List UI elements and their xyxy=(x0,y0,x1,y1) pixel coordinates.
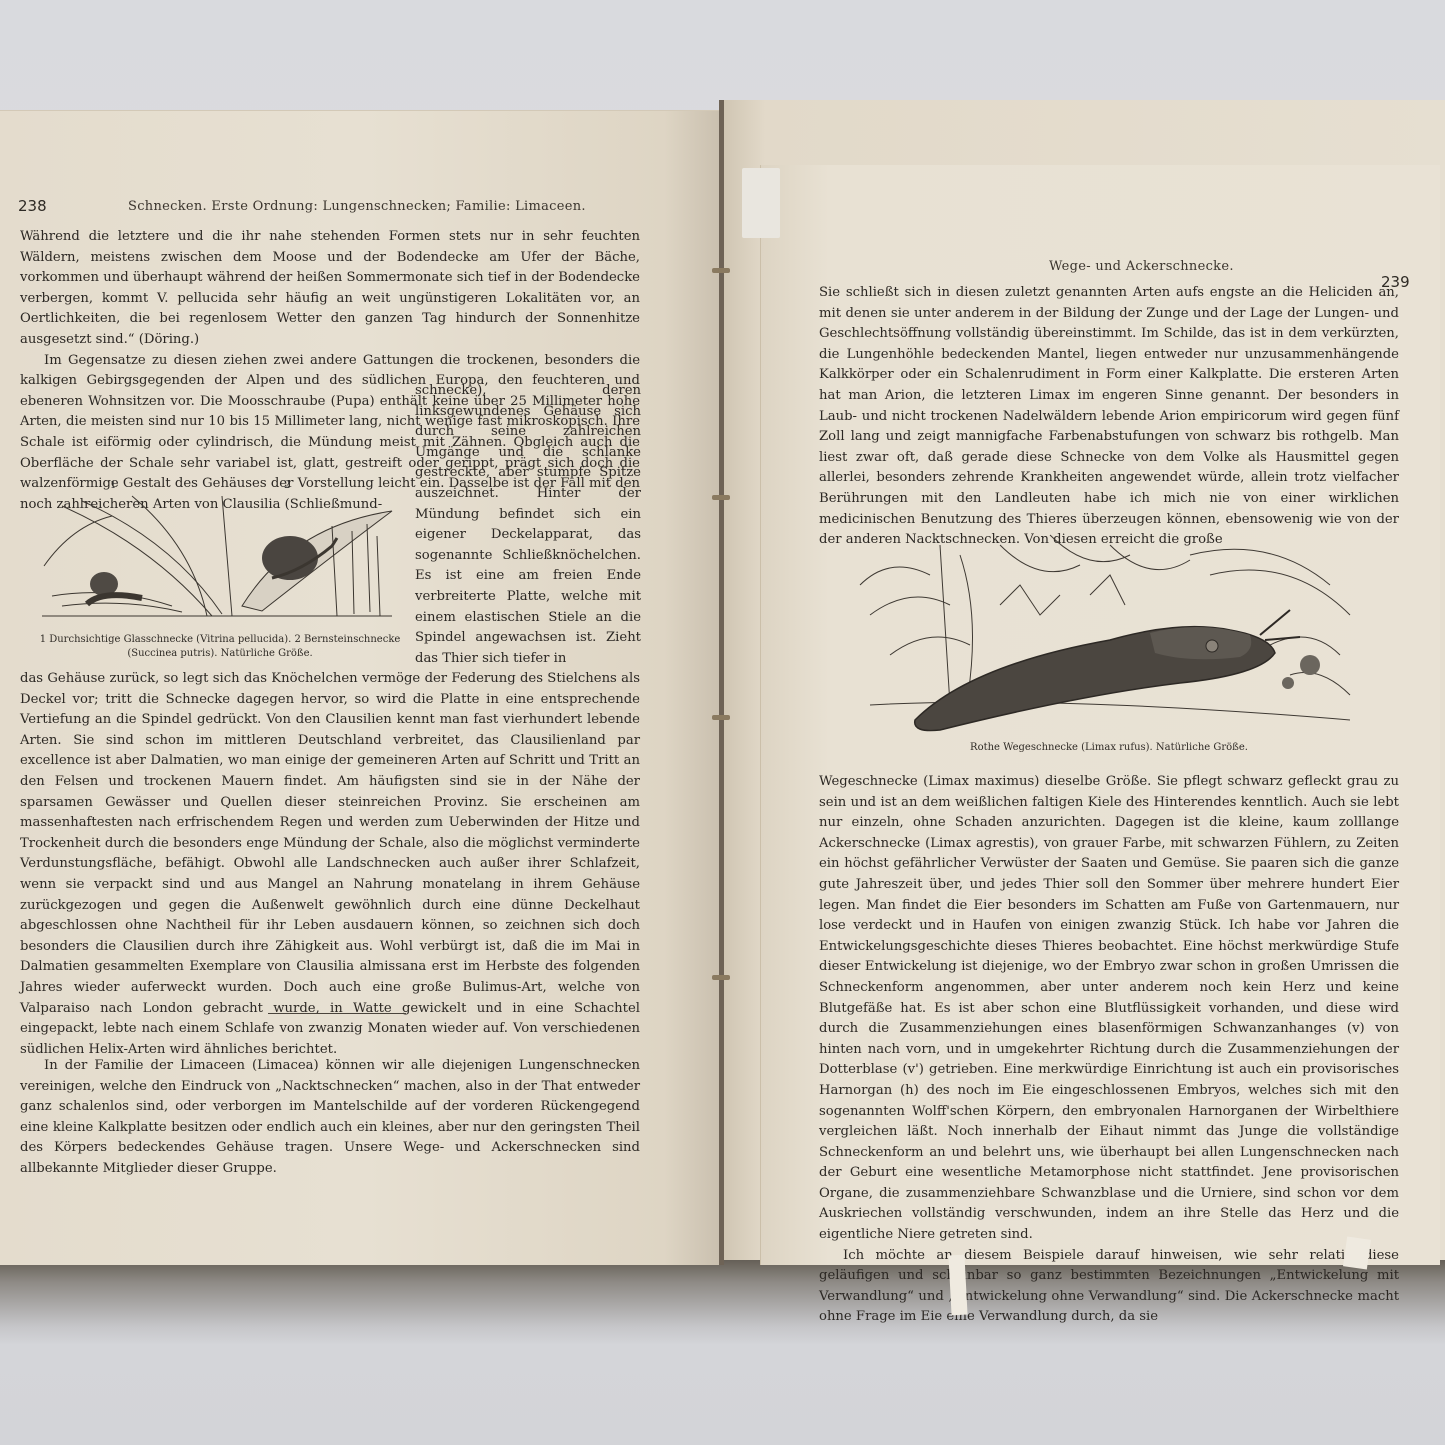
right-figure-caption: Rothe Wegeschnecke (Limax rufus). Natürl… xyxy=(819,741,1399,755)
left-paragraph-3: In der Familie der Limaceen (Limacea) kö… xyxy=(20,1056,640,1180)
torn-paper-patch xyxy=(742,168,780,238)
caption-line-1: 1 Durchsichtige Glasschnecke (Vitrina pe… xyxy=(30,633,410,647)
left-figure-caption: 1 Durchsichtige Glasschnecke (Vitrina pe… xyxy=(30,633,410,661)
binding-stitch xyxy=(712,975,730,980)
page-number-left: 238 xyxy=(18,197,47,215)
right-paragraph-3: Ich möchte an diesem Beispiele darauf hi… xyxy=(819,1246,1399,1328)
binding-stitch xyxy=(712,715,730,720)
section-divider xyxy=(268,1013,406,1014)
left-text-bottom: In der Familie der Limaceen (Limacea) kö… xyxy=(20,1056,640,1180)
figure-label-2: 2 xyxy=(284,480,290,491)
running-head-right: Wege- und Ackerschnecke. xyxy=(1049,259,1234,274)
book-spine xyxy=(719,100,724,1265)
caption-line-2: (Succinea putris). Natürliche Größe. xyxy=(30,647,410,661)
slug-illustration xyxy=(850,525,1360,735)
left-paragraph-2-cont: das Gehäuse zurück, so legt sich das Knö… xyxy=(20,669,640,1060)
left-page: 238 Schnecken. Erste Ordnung: Lungenschn… xyxy=(0,110,722,1265)
snail-illustration: 1 2 xyxy=(32,486,402,626)
right-text-bottom: Wegeschnecke (Limax maximus) dieselbe Gr… xyxy=(819,772,1399,1328)
right-paragraph-2: Wegeschnecke (Limax maximus) dieselbe Gr… xyxy=(819,772,1399,1246)
binding-stitch xyxy=(712,495,730,500)
right-paragraph-1: Sie schließt sich in diesen zuletzt gena… xyxy=(819,283,1399,551)
figure-label-1: 1 xyxy=(110,480,116,491)
binding-stitch xyxy=(712,268,730,273)
running-head-left: Schnecken. Erste Ordnung: Lungenschnecke… xyxy=(128,199,586,214)
torn-paper-strip xyxy=(948,1255,967,1316)
slug-engraving-icon xyxy=(850,525,1360,735)
left-paragraph-1: Während die letztere und die ihr nahe st… xyxy=(20,227,640,351)
torn-paper-strip xyxy=(1343,1236,1371,1269)
snail-engraving-icon xyxy=(32,486,402,626)
left-wrap-column: schnecke), deren linksgewundenes Gehäuse… xyxy=(415,381,641,669)
